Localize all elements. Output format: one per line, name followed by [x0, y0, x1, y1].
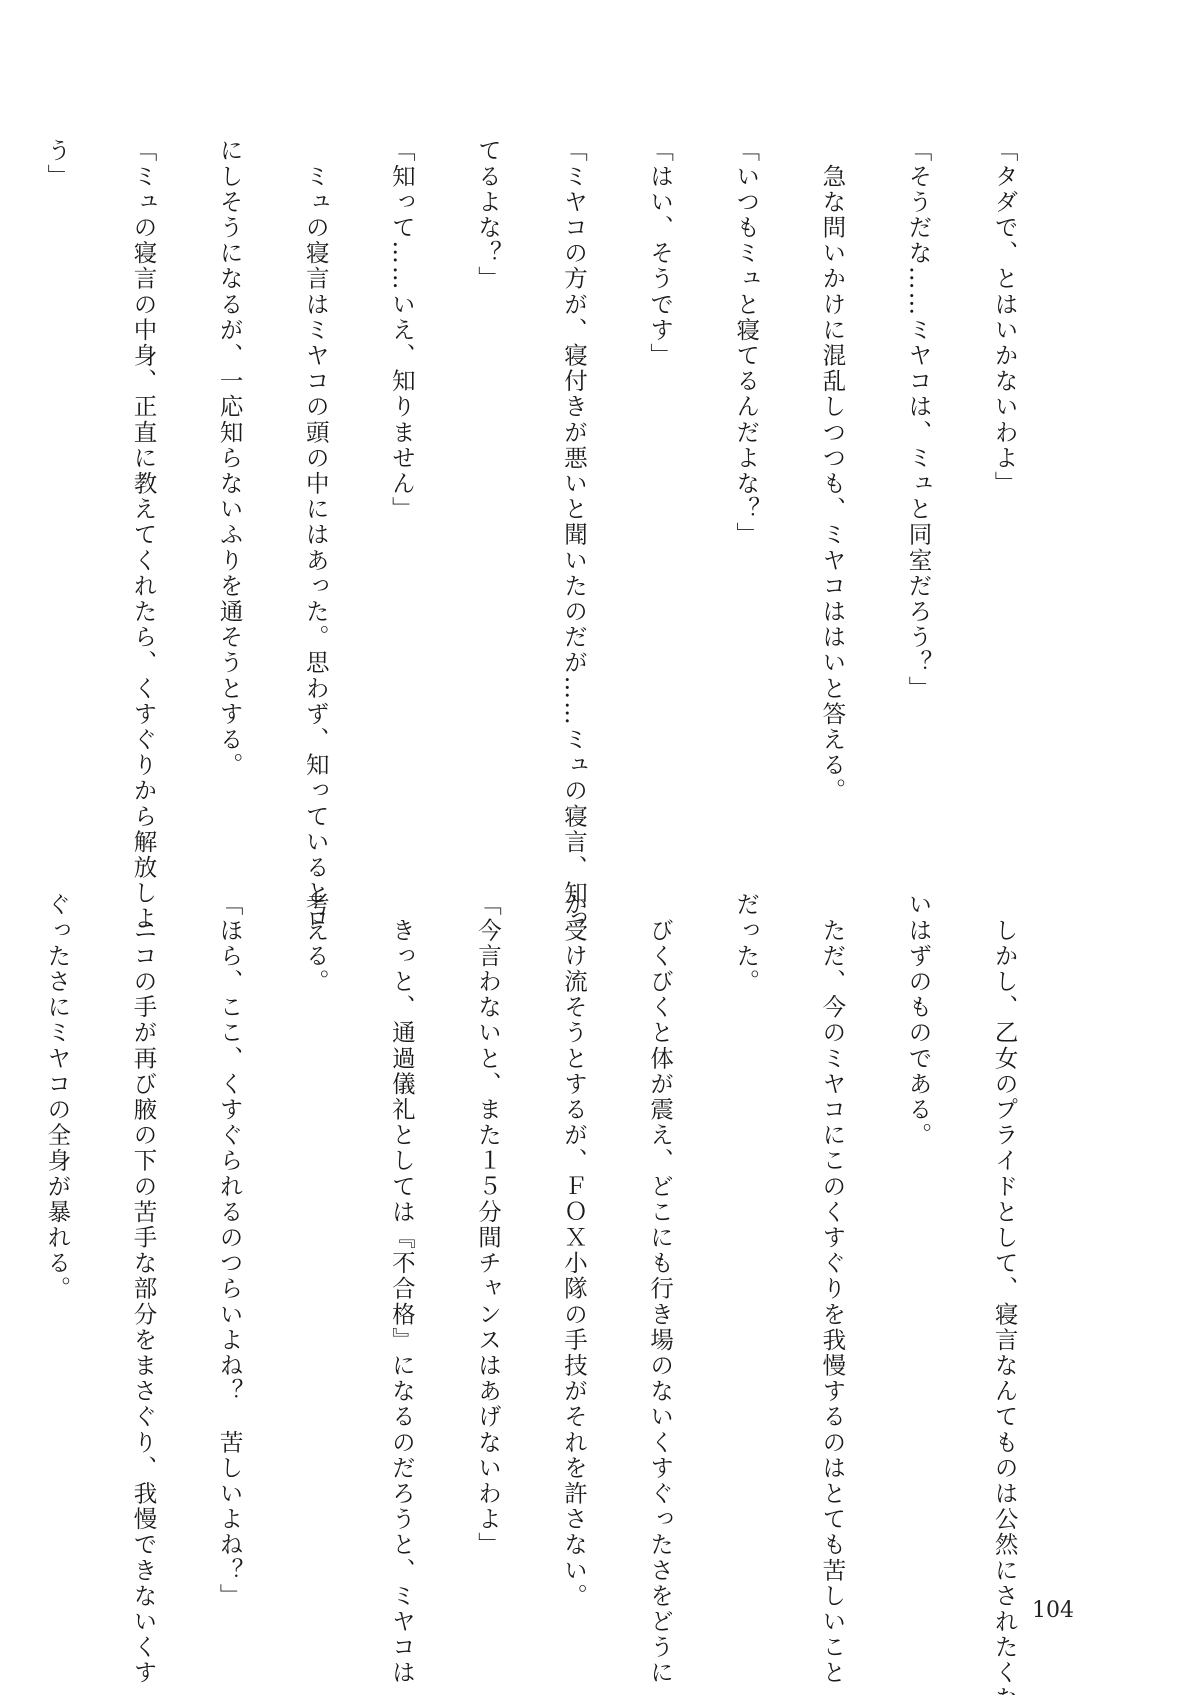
text-line: ただ、今のミヤコにこのくすぐりを我慢するのはとても苦しいこと: [818, 892, 847, 1564]
text-line: 「ミヤコの方が、寝付きが悪いと聞いたのだが……ミュの寝言、知っ: [559, 138, 588, 810]
text-line: てるよな？」: [473, 138, 502, 810]
text-line: 「知って……いえ、知りません」: [387, 138, 416, 810]
text-line: 「ほら、ここ、くすぐられるのつらいよね？ 苦しいよね？」: [215, 892, 244, 1564]
text-line: いはずのものである。: [904, 892, 933, 1564]
text-line: う」: [43, 138, 72, 810]
text-line: しかし、乙女のプライドとして、寝言なんてものは公然にされたくな: [990, 892, 1019, 1564]
page-number: 104: [1032, 1598, 1074, 1623]
text-line: だった。: [732, 892, 761, 1564]
text-line: 考える。: [301, 892, 330, 1564]
text-line: か受け流そうとするが、ＦＯＸ小隊の手技がそれを許さない。: [559, 892, 588, 1564]
text-line: 急な問いかけに混乱しつつも、ミヤコははいと答える。: [818, 138, 847, 810]
text-line: びくびくと体が震え、どこにも行き場のないくすぐったさをどうに: [645, 892, 674, 1564]
text-line: 「はい、そうです」: [645, 138, 674, 810]
text-block-bottom: しかし、乙女のプライドとして、寝言なんてものは公然にされたくな いはずのものであ…: [214, 892, 1076, 1564]
text-line: ぐったさにミヤコの全身が暴れる。: [43, 892, 72, 1564]
text-line: 「そうだな……ミヤコは、ミュと同室だろう？」: [904, 138, 933, 810]
text-line: きっと、通過儀礼としては『不合格』になるのだろうと、ミヤコは: [387, 892, 416, 1564]
text-block-top: 「タダで、とはいかないわよ」 「そうだな……ミヤコは、ミュと同室だろう？」 急な…: [214, 138, 1076, 810]
text-line: 「ミュの寝言の中身、正直に教えてくれたら、くすぐりから解放しよ: [129, 138, 158, 810]
text-line: ニコの手が再び腋の下の苦手な部分をまさぐり、我慢できないくす: [129, 892, 158, 1564]
text-line: 「今言わないと、また１５分間チャンスはあげないわよ」: [473, 892, 502, 1564]
text-line: ミュの寝言はミヤコの頭の中にはあった。思わず、知っているとロ: [301, 138, 330, 810]
text-line: 「タダで、とはいかないわよ」: [990, 138, 1019, 810]
text-line: にしそうになるが、一応知らないふりを通そうとする。: [215, 138, 244, 810]
text-line: 「いつもミュと寝てるんだよな？」: [732, 138, 761, 810]
